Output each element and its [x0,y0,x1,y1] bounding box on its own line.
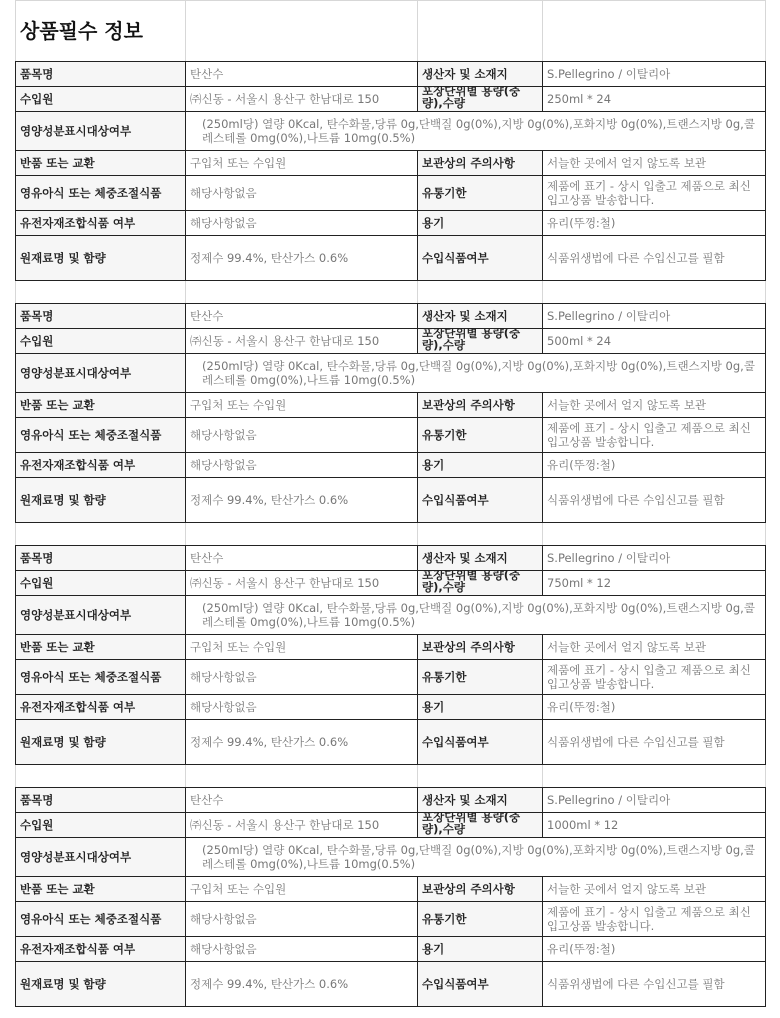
value-storage: 서늘한 곳에서 얼지 않도록 보관 [543,151,766,176]
label-infant-diet: 영유아식 또는 체중조절식품 [16,660,186,695]
value-ingredients: 정제수 99.4%, 탄산가스 0.6% [186,236,418,281]
row-item-name: 품목명 탄산수 생산자 및 소재지 S.Pellegrino / 이탈리아 [16,546,766,571]
value-item-name: 탄산수 [186,788,418,813]
label-gmo: 유전자재조합식품 여부 [16,211,186,236]
value-gmo: 해당사항없음 [186,211,418,236]
row-nutrition: 영양성분표시대상여부 (250ml당) 열량 0Kcal, 탄수화물,당류 0g… [16,596,766,635]
value-item-name: 탄산수 [186,546,418,571]
spacer-cell [543,765,766,788]
label-infant-diet: 영유아식 또는 체중조절식품 [16,176,186,211]
label-importer: 수입원 [16,87,186,112]
label-storage: 보관상의 주의사항 [418,877,543,902]
label-ingredients: 원재료명 및 함량 [16,962,186,1007]
label-gmo: 유전자재조합식품 여부 [16,695,186,720]
row-item-name: 품목명 탄산수 생산자 및 소재지 S.Pellegrino / 이탈리아 [16,304,766,329]
row-ingredients: 원재료명 및 함량 정제수 99.4%, 탄산가스 0.6% 수입식품여부 식품… [16,962,766,1007]
value-storage: 서늘한 곳에서 얼지 않도록 보관 [543,393,766,418]
value-nutrition: (250ml당) 열량 0Kcal, 탄수화물,당류 0g,단백질 0g(0%)… [186,112,766,151]
value-infant-diet: 해당사항없음 [186,660,418,695]
value-package-capacity: 250ml * 24 [543,87,766,112]
label-expiry: 유통기한 [418,176,543,211]
label-ingredients: 원재료명 및 함량 [16,478,186,523]
value-return-exchange: 구입처 또는 수입원 [186,151,418,176]
label-return-exchange: 반품 또는 교환 [16,877,186,902]
row-gmo: 유전자재조합식품 여부 해당사항없음 용기 유리(뚜껑:철) [16,695,766,720]
value-imported-food: 식품위생법에 다른 수입신고를 필함 [543,720,766,765]
label-package-capacity: 포장단위별 용량(중량),수량 [418,329,543,354]
label-storage: 보관상의 주의사항 [418,635,543,660]
label-nutrition: 영양성분표시대상여부 [16,596,186,635]
value-package-capacity: 500ml * 24 [543,329,766,354]
row-importer: 수입원 ㈜신동 - 서울시 용산구 한남대로 150 포장단위별 용량(중량),… [16,571,766,596]
label-storage: 보관상의 주의사항 [418,393,543,418]
value-return-exchange: 구입처 또는 수입원 [186,877,418,902]
label-gmo: 유전자재조합식품 여부 [16,453,186,478]
label-nutrition: 영양성분표시대상여부 [16,112,186,151]
label-container: 용기 [418,937,543,962]
row-importer: 수입원 ㈜신동 - 서울시 용산구 한남대로 150 포장단위별 용량(중량),… [16,87,766,112]
value-container: 유리(뚜껑:철) [543,695,766,720]
label-item-name: 품목명 [16,304,186,329]
label-imported-food: 수입식품여부 [418,720,543,765]
label-package-capacity: 포장단위별 용량(중량),수량 [418,571,543,596]
page-title: 상품필수 정보 [16,1,186,62]
value-importer: ㈜신동 - 서울시 용산구 한남대로 150 [186,329,418,354]
row-return-exchange: 반품 또는 교환 구입처 또는 수입원 보관상의 주의사항 서늘한 곳에서 얼지… [16,635,766,660]
value-imported-food: 식품위생법에 다른 수입신고를 필함 [543,236,766,281]
row-nutrition: 영양성분표시대상여부 (250ml당) 열량 0Kcal, 탄수화물,당류 0g… [16,838,766,877]
row-infant-diet: 영유아식 또는 체중조절식품 해당사항없음 유통기한 제품에 표기 - 상시 입… [16,176,766,211]
row-nutrition: 영양성분표시대상여부 (250ml당) 열량 0Kcal, 탄수화물,당류 0g… [16,354,766,393]
value-nutrition: (250ml당) 열량 0Kcal, 탄수화물,당류 0g,단백질 0g(0%)… [186,838,766,877]
value-ingredients: 정제수 99.4%, 탄산가스 0.6% [186,720,418,765]
value-gmo: 해당사항없음 [186,937,418,962]
row-return-exchange: 반품 또는 교환 구입처 또는 수입원 보관상의 주의사항 서늘한 곳에서 얼지… [16,393,766,418]
value-gmo: 해당사항없음 [186,453,418,478]
value-ingredients: 정제수 99.4%, 탄산가스 0.6% [186,478,418,523]
value-importer: ㈜신동 - 서울시 용산구 한남대로 150 [186,813,418,838]
label-importer: 수입원 [16,329,186,354]
label-importer: 수입원 [16,813,186,838]
label-item-name: 품목명 [16,546,186,571]
label-package-capacity-text: 포장단위별 용량(중량),수량 [422,571,538,594]
value-expiry: 제품에 표기 - 상시 입출고 제품으로 최신 입고상품 발송합니다. [543,660,766,695]
spacer-cell [16,765,186,788]
title-empty-cell [543,1,766,62]
label-return-exchange: 반품 또는 교환 [16,151,186,176]
label-imported-food: 수입식품여부 [418,236,543,281]
value-item-name: 탄산수 [186,62,418,87]
label-expiry: 유통기한 [418,902,543,937]
label-container: 용기 [418,695,543,720]
row-return-exchange: 반품 또는 교환 구입처 또는 수입원 보관상의 주의사항 서늘한 곳에서 얼지… [16,151,766,176]
row-infant-diet: 영유아식 또는 체중조절식품 해당사항없음 유통기한 제품에 표기 - 상시 입… [16,902,766,937]
spacer-cell [16,523,186,546]
label-expiry: 유통기한 [418,418,543,453]
label-item-name: 품목명 [16,62,186,87]
label-gmo: 유전자재조합식품 여부 [16,937,186,962]
label-expiry: 유통기한 [418,660,543,695]
label-nutrition: 영양성분표시대상여부 [16,838,186,877]
value-expiry: 제품에 표기 - 상시 입출고 제품으로 최신 입고상품 발송합니다. [543,176,766,211]
row-nutrition: 영양성분표시대상여부 (250ml당) 열량 0Kcal, 탄수화물,당류 0g… [16,112,766,151]
value-infant-diet: 해당사항없음 [186,176,418,211]
row-gmo: 유전자재조합식품 여부 해당사항없음 용기 유리(뚜껑:철) [16,453,766,478]
value-infant-diet: 해당사항없음 [186,902,418,937]
value-storage: 서늘한 곳에서 얼지 않도록 보관 [543,635,766,660]
value-producer: S.Pellegrino / 이탈리아 [543,62,766,87]
label-producer: 생산자 및 소재지 [418,788,543,813]
value-ingredients: 정제수 99.4%, 탄산가스 0.6% [186,962,418,1007]
value-importer: ㈜신동 - 서울시 용산구 한남대로 150 [186,571,418,596]
value-return-exchange: 구입처 또는 수입원 [186,635,418,660]
row-infant-diet: 영유아식 또는 체중조절식품 해당사항없음 유통기한 제품에 표기 - 상시 입… [16,660,766,695]
row-ingredients: 원재료명 및 함량 정제수 99.4%, 탄산가스 0.6% 수입식품여부 식품… [16,236,766,281]
value-producer: S.Pellegrino / 이탈리아 [543,304,766,329]
section-spacer-row [16,281,766,304]
label-container: 용기 [418,453,543,478]
label-package-capacity-text: 포장단위별 용량(중량),수량 [422,813,538,836]
value-expiry: 제품에 표기 - 상시 입출고 제품으로 최신 입고상품 발송합니다. [543,418,766,453]
row-return-exchange: 반품 또는 교환 구입처 또는 수입원 보관상의 주의사항 서늘한 곳에서 얼지… [16,877,766,902]
label-importer: 수입원 [16,571,186,596]
label-nutrition: 영양성분표시대상여부 [16,354,186,393]
spacer-cell [16,281,186,304]
label-imported-food: 수입식품여부 [418,962,543,1007]
label-producer: 생산자 및 소재지 [418,304,543,329]
section-spacer-row [16,523,766,546]
value-package-capacity: 750ml * 12 [543,571,766,596]
value-infant-diet: 해당사항없음 [186,418,418,453]
label-infant-diet: 영유아식 또는 체중조절식품 [16,902,186,937]
label-producer: 생산자 및 소재지 [418,62,543,87]
spacer-cell [543,523,766,546]
row-gmo: 유전자재조합식품 여부 해당사항없음 용기 유리(뚜껑:철) [16,211,766,236]
label-imported-food: 수입식품여부 [418,478,543,523]
value-expiry: 제품에 표기 - 상시 입출고 제품으로 최신 입고상품 발송합니다. [543,902,766,937]
value-container: 유리(뚜껑:철) [543,937,766,962]
value-imported-food: 식품위생법에 다른 수입신고를 필함 [543,962,766,1007]
row-item-name: 품목명 탄산수 생산자 및 소재지 S.Pellegrino / 이탈리아 [16,62,766,87]
spacer-cell [418,281,543,304]
label-storage: 보관상의 주의사항 [418,151,543,176]
label-return-exchange: 반품 또는 교환 [16,635,186,660]
value-container: 유리(뚜껑:철) [543,211,766,236]
spacer-cell [186,281,418,304]
value-package-capacity: 1000ml * 12 [543,813,766,838]
value-container: 유리(뚜껑:철) [543,453,766,478]
row-importer: 수입원 ㈜신동 - 서울시 용산구 한남대로 150 포장단위별 용량(중량),… [16,813,766,838]
spacer-cell [418,523,543,546]
value-nutrition: (250ml당) 열량 0Kcal, 탄수화물,당류 0g,단백질 0g(0%)… [186,596,766,635]
title-row: 상품필수 정보 [16,1,766,62]
label-package-capacity-text: 포장단위별 용량(중량),수량 [422,329,538,352]
row-item-name: 품목명 탄산수 생산자 및 소재지 S.Pellegrino / 이탈리아 [16,788,766,813]
value-storage: 서늘한 곳에서 얼지 않도록 보관 [543,877,766,902]
value-producer: S.Pellegrino / 이탈리아 [543,546,766,571]
value-producer: S.Pellegrino / 이탈리아 [543,788,766,813]
row-ingredients: 원재료명 및 함량 정제수 99.4%, 탄산가스 0.6% 수입식품여부 식품… [16,720,766,765]
label-container: 용기 [418,211,543,236]
value-gmo: 해당사항없음 [186,695,418,720]
row-importer: 수입원 ㈜신동 - 서울시 용산구 한남대로 150 포장단위별 용량(중량),… [16,329,766,354]
title-empty-cell [186,1,418,62]
row-ingredients: 원재료명 및 함량 정제수 99.4%, 탄산가스 0.6% 수입식품여부 식품… [16,478,766,523]
value-item-name: 탄산수 [186,304,418,329]
label-package-capacity-text: 포장단위별 용량(중량),수량 [422,87,538,110]
label-ingredients: 원재료명 및 함량 [16,720,186,765]
product-info-table: 상품필수 정보 품목명 탄산수 생산자 및 소재지 S.Pellegrino /… [15,0,766,1007]
title-empty-cell [418,1,543,62]
label-return-exchange: 반품 또는 교환 [16,393,186,418]
spacer-cell [186,523,418,546]
label-item-name: 품목명 [16,788,186,813]
spacer-cell [543,281,766,304]
row-infant-diet: 영유아식 또는 체중조절식품 해당사항없음 유통기한 제품에 표기 - 상시 입… [16,418,766,453]
product-info-sheet: 상품필수 정보 품목명 탄산수 생산자 및 소재지 S.Pellegrino /… [15,0,765,1007]
spacer-cell [186,765,418,788]
label-producer: 생산자 및 소재지 [418,546,543,571]
value-return-exchange: 구입처 또는 수입원 [186,393,418,418]
section-spacer-row [16,765,766,788]
label-infant-diet: 영유아식 또는 체중조절식품 [16,418,186,453]
spacer-cell [418,765,543,788]
value-imported-food: 식품위생법에 다른 수입신고를 필함 [543,478,766,523]
label-package-capacity: 포장단위별 용량(중량),수량 [418,87,543,112]
value-nutrition: (250ml당) 열량 0Kcal, 탄수화물,당류 0g,단백질 0g(0%)… [186,354,766,393]
label-ingredients: 원재료명 및 함량 [16,236,186,281]
value-importer: ㈜신동 - 서울시 용산구 한남대로 150 [186,87,418,112]
row-gmo: 유전자재조합식품 여부 해당사항없음 용기 유리(뚜껑:철) [16,937,766,962]
label-package-capacity: 포장단위별 용량(중량),수량 [418,813,543,838]
